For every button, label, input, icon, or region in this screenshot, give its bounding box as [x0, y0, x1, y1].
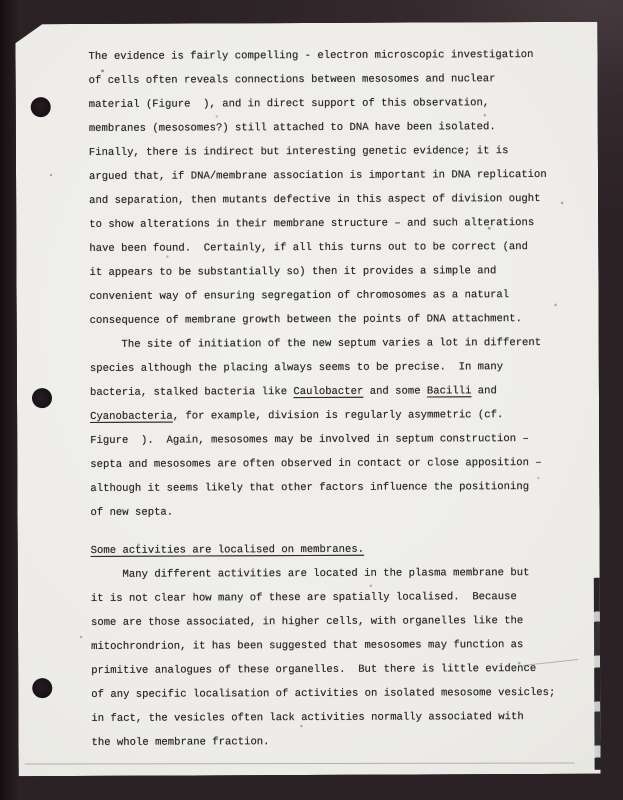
- scan-edge-marks-right: [594, 578, 601, 770]
- hole-punch-bottom: [32, 678, 52, 698]
- typewritten-text: The evidence is fairly compelling - elec…: [88, 43, 571, 755]
- text-line: Figure ). Again, mesosomes may be involv…: [90, 427, 570, 453]
- text-line: mitochrondrion, it has been suggested th…: [91, 633, 571, 659]
- section-heading: Some activities are localised on membran…: [91, 537, 571, 563]
- text-line: in fact, the vesicles often lack activit…: [91, 705, 571, 731]
- text-line: Many different activities are located in…: [91, 561, 571, 587]
- text-line: of cells often reveals connections betwe…: [89, 67, 569, 93]
- text-line: some are those associated, in higher cel…: [91, 609, 571, 635]
- text-line: septa and mesosomes are often observed i…: [90, 451, 570, 477]
- text-line: of any specific localisation of activiti…: [91, 681, 571, 707]
- text-line: convenient way of ensuring segregation o…: [90, 283, 570, 309]
- text-line: it appears to be substantially so) then …: [89, 259, 569, 285]
- paper: The evidence is fairly compelling - elec…: [15, 22, 600, 777]
- photocopy-specks: [15, 24, 17, 26]
- text-line: Cyanobacteria, for example, division is …: [90, 403, 570, 429]
- text-line: species although the placing always seem…: [90, 355, 570, 381]
- text-line: consequence of membrane growth between t…: [90, 307, 570, 333]
- text-line: bacteria, stalked bacteria like Caulobac…: [90, 379, 570, 405]
- text-line: material (Figure ), and in direct suppor…: [89, 91, 569, 117]
- hole-punch-middle: [32, 388, 52, 408]
- scan-edge-line-bottom: [25, 763, 575, 765]
- text-line: have been found. Certainly, if all this …: [89, 235, 569, 261]
- text-line: although it seems likely that other fact…: [90, 475, 570, 501]
- text-line: to show alterations in their membrane st…: [89, 211, 569, 237]
- text-line: The site of initiation of the new septum…: [90, 331, 570, 357]
- text-line: argued that, if DNA/membrane association…: [89, 163, 569, 189]
- text-line: the whole membrane fraction.: [91, 729, 571, 755]
- page-background: The evidence is fairly compelling - elec…: [0, 0, 623, 800]
- hole-punch-top: [31, 97, 51, 117]
- text-line: of new septa.: [90, 499, 570, 525]
- text-line: membranes (mesosomes?) still attached to…: [89, 115, 569, 141]
- text-line: primitive analogues of these organelles.…: [91, 657, 571, 683]
- text-line: it is not clear how many of these are sp…: [91, 585, 571, 611]
- text-line: The evidence is fairly compelling - elec…: [88, 43, 568, 69]
- text-line: Finally, there is indirect but interesti…: [89, 139, 569, 165]
- text-line: and separation, then mutants defective i…: [89, 187, 569, 213]
